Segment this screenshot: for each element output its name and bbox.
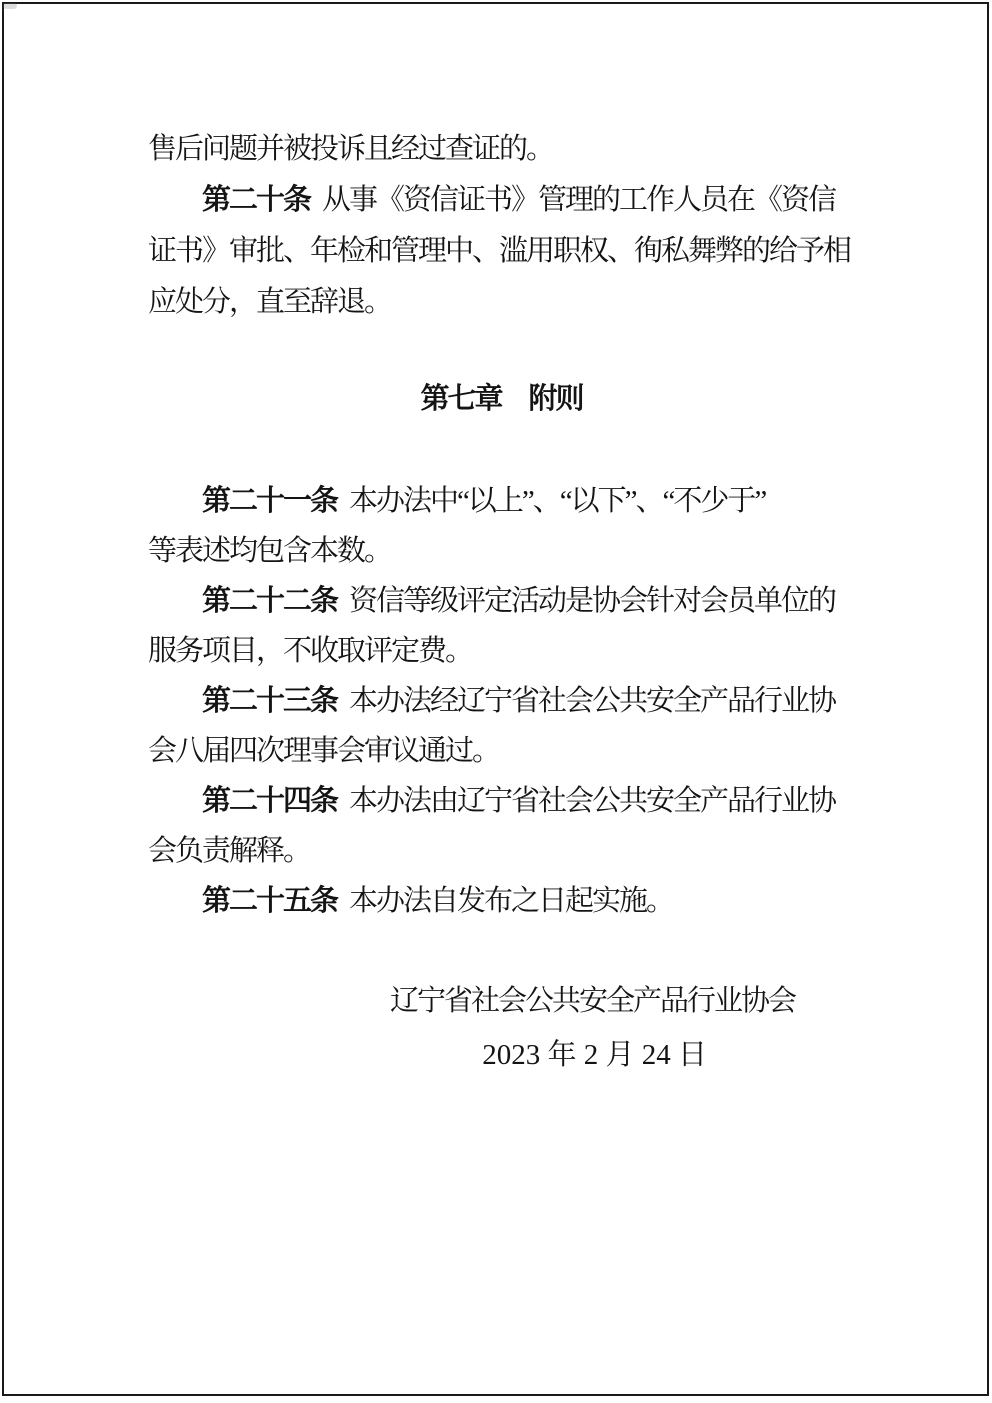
document-page: 售后问题并被投诉且经过查证的。 第二十条从事《资信证书》管理的工作人员在《资信 …	[0, 0, 992, 1403]
body-line: 第二十五条本办法自发布之日起实施。	[148, 876, 855, 926]
body-line: 会负责解释。	[148, 826, 855, 876]
line-text: 应处分，直至辞退。	[148, 286, 391, 318]
body-line: 等表述均包含本数。	[148, 526, 855, 576]
article-number: 第二十条	[202, 184, 310, 216]
article-number: 第二十四条	[202, 785, 337, 817]
body-line: 第二十一条本办法中“以上”、“以下”、“不少于”	[148, 476, 855, 526]
line-text: 会八届四次理事会审议通过。	[148, 735, 499, 767]
line-text: 会负责解释。	[148, 835, 310, 867]
body-line: 服务项目，不收取评定费。	[148, 626, 855, 676]
line-text: 本办法经辽宁省社会公共安全产品行业协	[349, 685, 835, 717]
article-number: 第二十二条	[202, 585, 337, 617]
line-text: 服务项目，不收取评定费。	[148, 635, 472, 667]
scan-smudge	[3, 3, 17, 9]
article-number: 第二十五条	[202, 885, 337, 917]
vertical-gap	[148, 926, 855, 974]
document-body: 售后问题并被投诉且经过查证的。 第二十条从事《资信证书》管理的工作人员在《资信 …	[148, 124, 855, 1082]
chapter-heading: 第七章 附则	[148, 374, 855, 425]
article-number: 第二十三条	[202, 685, 337, 717]
body-line: 会八届四次理事会审议通过。	[148, 726, 855, 776]
body-line: 第二十三条本办法经辽宁省社会公共安全产品行业协	[148, 676, 855, 726]
line-text: 等表述均包含本数。	[148, 535, 391, 567]
line-text: 从事《资信证书》管理的工作人员在《资信	[322, 184, 835, 216]
line-text: 本办法自发布之日起实施。	[349, 885, 673, 917]
line-text: 售后问题并被投诉且经过查证的。	[148, 133, 553, 165]
issue-date: 2023 年 2 月 24 日	[148, 1028, 855, 1082]
body-line: 第二十二条资信等级评定活动是协会针对会员单位的	[148, 576, 855, 626]
signature-org: 辽宁省社会公共安全产品行业协会	[148, 974, 855, 1028]
vertical-gap	[148, 328, 855, 374]
article-number: 第二十一条	[202, 485, 337, 517]
line-text: 资信等级评定活动是协会针对会员单位的	[349, 585, 835, 617]
body-line: 售后问题并被投诉且经过查证的。	[148, 124, 855, 175]
line-text: 证书》审批、年检和管理中、滥用职权、徇私舞弊的给予相	[148, 235, 850, 267]
body-line: 第二十条从事《资信证书》管理的工作人员在《资信	[148, 175, 855, 226]
vertical-gap	[148, 425, 855, 476]
body-line: 应处分，直至辞退。	[148, 277, 855, 328]
body-line: 第二十四条本办法由辽宁省社会公共安全产品行业协	[148, 776, 855, 826]
body-line: 证书》审批、年检和管理中、滥用职权、徇私舞弊的给予相	[148, 226, 855, 277]
line-text: 本办法由辽宁省社会公共安全产品行业协	[349, 785, 835, 817]
line-text: 本办法中“以上”、“以下”、“不少于”	[349, 485, 765, 517]
